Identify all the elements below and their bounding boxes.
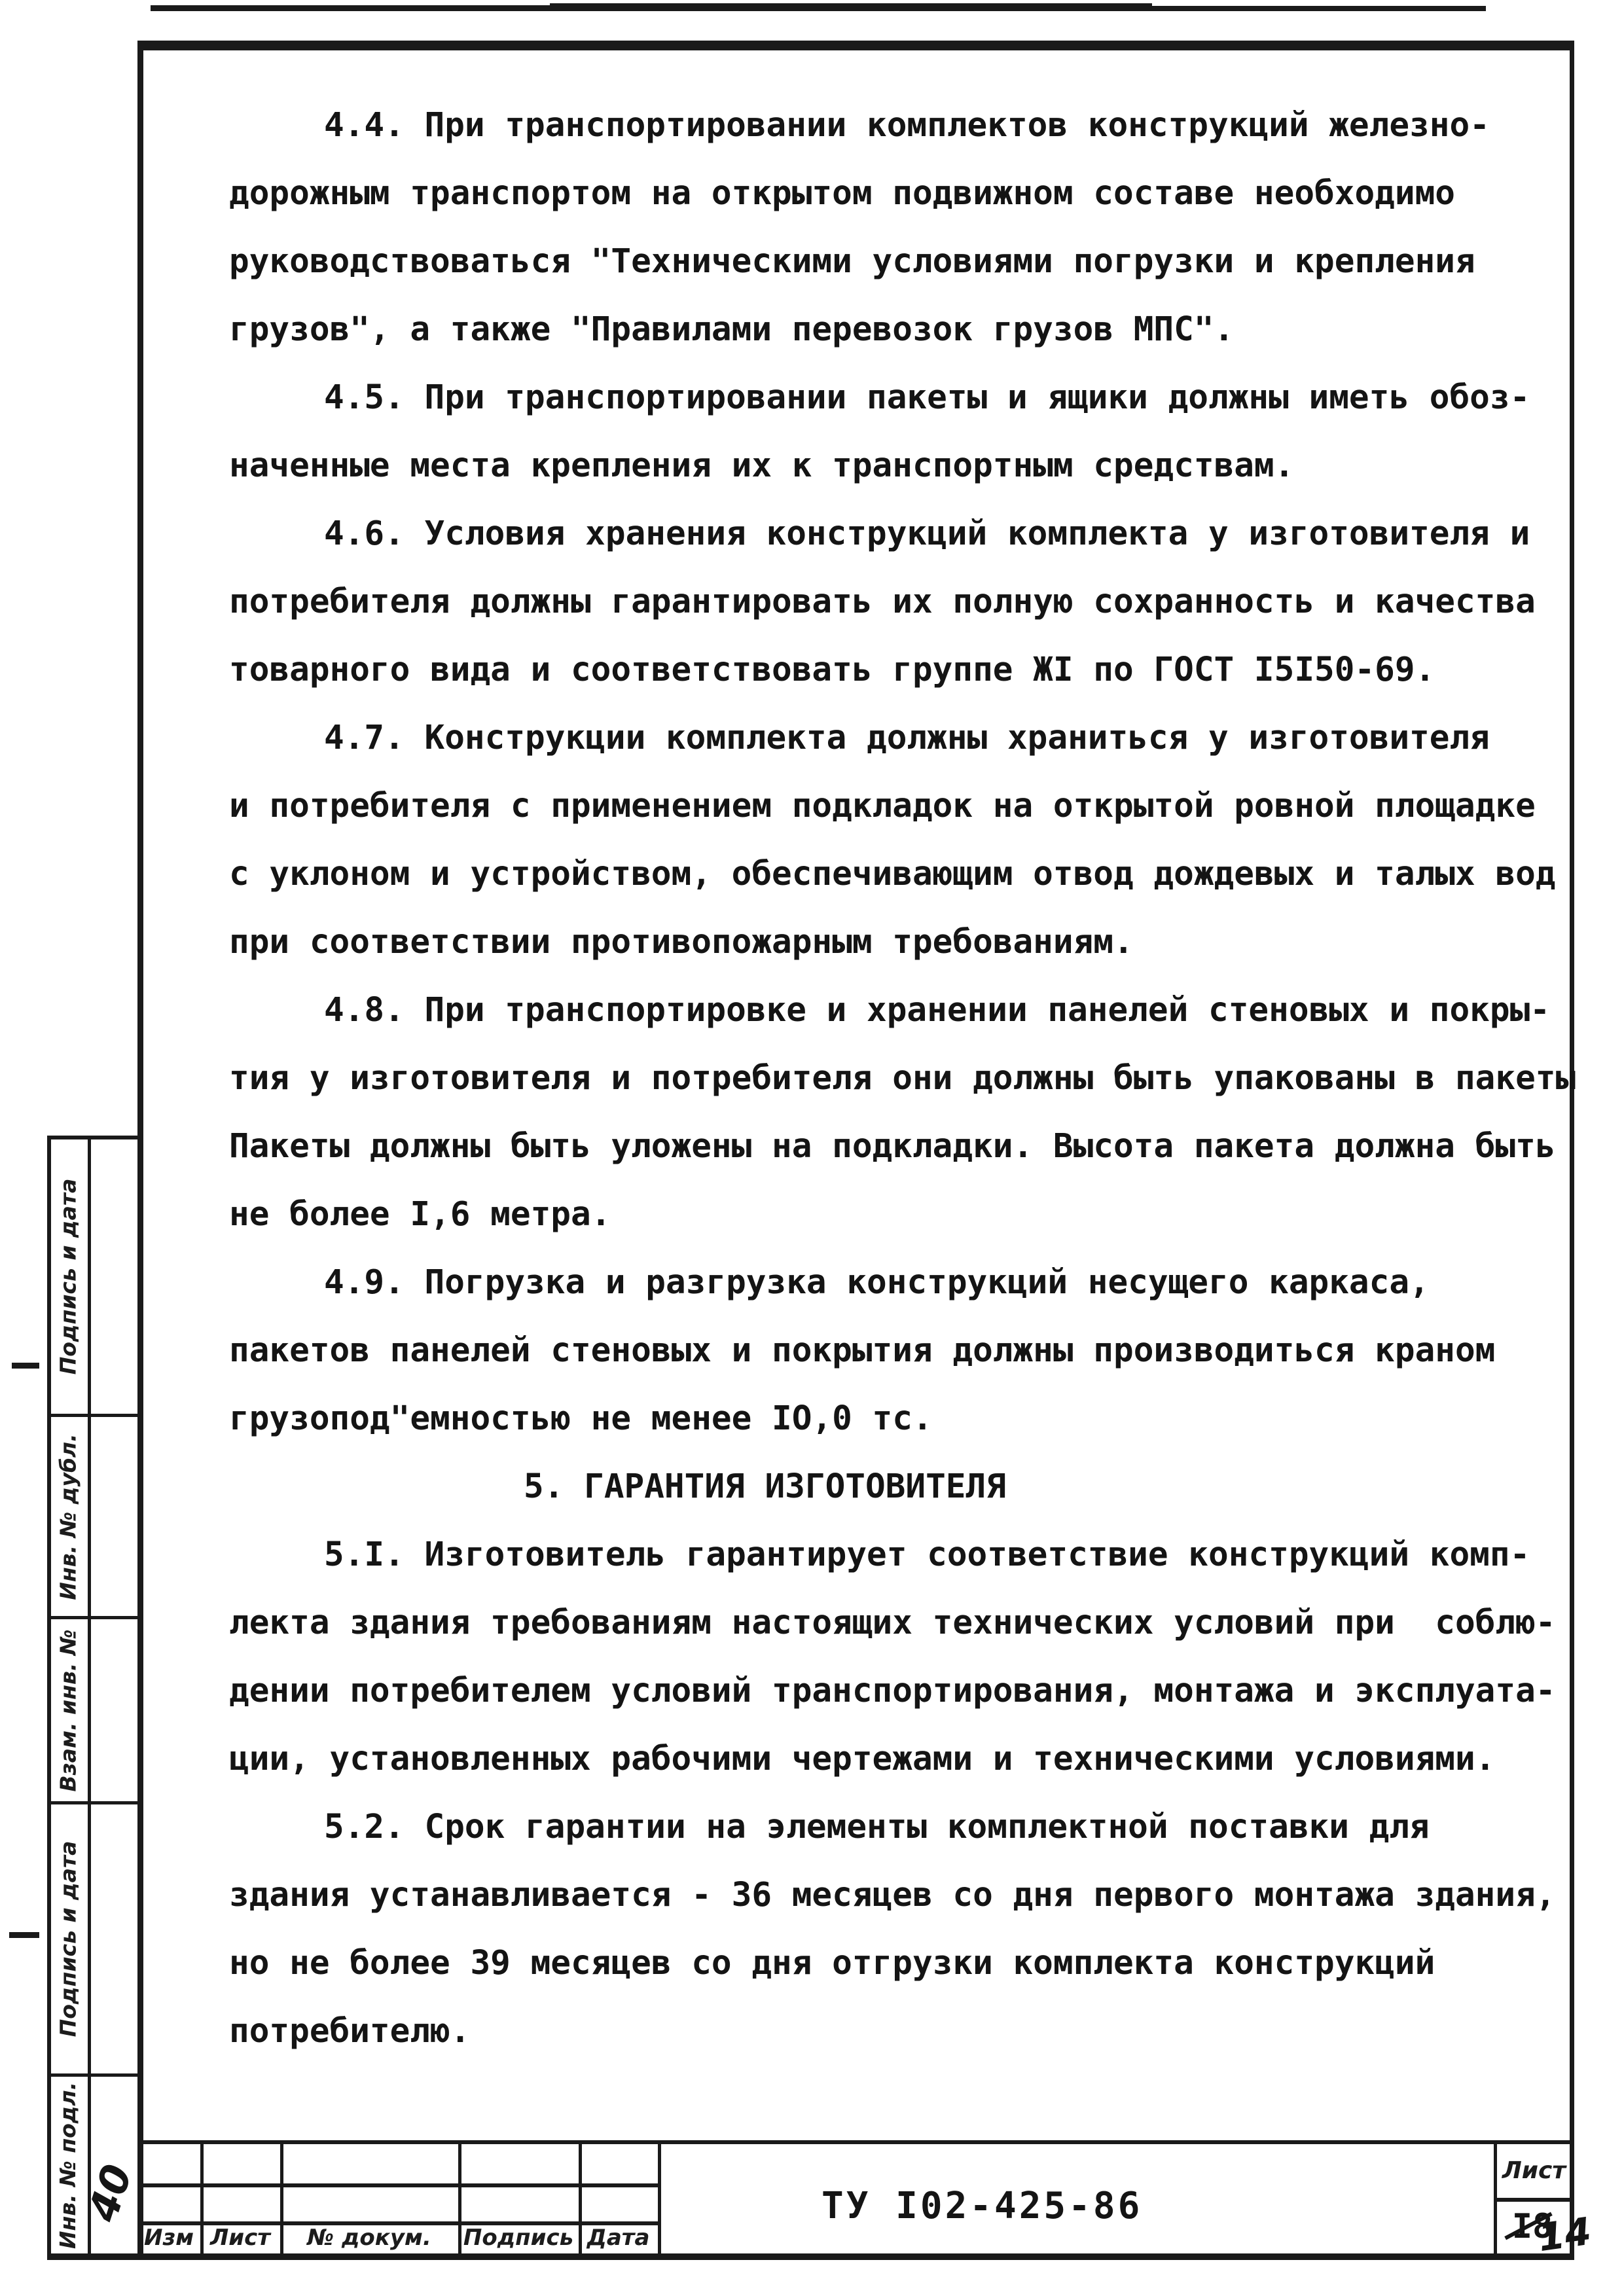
frame-border-top xyxy=(137,41,1574,50)
text-line: но не более 39 месяцев со дня отгрузки к… xyxy=(229,1929,1587,1998)
text-line: при соответствии противопожарным требова… xyxy=(229,908,1587,977)
text-line: руководствоваться "Техническими условиям… xyxy=(229,228,1587,296)
text-line: тия у изготовителя и потребителя они дол… xyxy=(229,1045,1587,1113)
stamp-label: Подпись и дата xyxy=(56,1179,81,1375)
handwritten-inventory-number: 40 xyxy=(84,2139,136,2247)
section-heading: 5. ГАРАНТИЯ ИЗГОТОВИТЕЛЯ xyxy=(229,1453,1587,1521)
stamp-label: Инв. № дубл. xyxy=(56,1433,81,1600)
stamp-cell-sign-date-2: Подпись и дата xyxy=(48,1804,88,2073)
titleblock-col-list: Лист xyxy=(200,2221,280,2253)
titleblock-col-docnum: № докум. xyxy=(280,2221,458,2253)
scan-artifact-tick xyxy=(12,1363,39,1369)
stamp-label: Подпись и дата xyxy=(56,1841,81,2037)
text-line: грузопод"емностью не менее IO,0 тс. xyxy=(229,1385,1587,1453)
text-line: не более I,6 метра. xyxy=(229,1181,1587,1249)
text-line: грузов", а также "Правилами перевозок гр… xyxy=(229,296,1587,364)
text-line: 4.5. При транспортировании пакеты и ящик… xyxy=(229,364,1587,432)
stamp-cell-sign-date-1: Подпись и дата xyxy=(48,1139,88,1414)
titleblock-col-data: Дата xyxy=(579,2221,658,2253)
text-line: дорожным транспортом на открытом подвижн… xyxy=(229,160,1587,228)
text-line: товарного вида и соответствовать группе … xyxy=(229,636,1587,704)
text-line: 4.8. При транспортировке и хранении пане… xyxy=(229,977,1587,1045)
scan-artifact-top xyxy=(151,5,569,11)
text-line: здания устанавливается - 36 месяцев со д… xyxy=(229,1861,1587,1929)
text-line: 4.4. При транспортировании комплектов ко… xyxy=(229,92,1587,160)
text-line: наченные места крепления их к транспортн… xyxy=(229,432,1587,500)
text-line: потребителю. xyxy=(229,1998,1587,2066)
text-line: 5.2. Срок гарантии на элементы комплектн… xyxy=(229,1793,1587,1861)
text-line: потребителя должны гарантировать их полн… xyxy=(229,568,1587,636)
text-line: пакетов панелей стеновых и покрытия долж… xyxy=(229,1317,1587,1385)
titleblock-col-line xyxy=(658,2140,661,2260)
titleblock-top-line xyxy=(137,2140,1574,2144)
sheet-number-handwritten: 14 xyxy=(1536,2209,1594,2261)
stamp-label: Инв. № подл. xyxy=(56,2081,81,2248)
text-line: 5.I. Изготовитель гарантирует соответств… xyxy=(229,1521,1587,1589)
sheet-label: Лист xyxy=(1497,2144,1571,2197)
stamp-cell-inv-orig: Инв. № подл. xyxy=(48,2077,88,2253)
scan-artifact-tick xyxy=(9,1932,39,1938)
text-line: с уклоном и устройством, обеспечивающим … xyxy=(229,840,1587,908)
text-line: 4.7. Конструкции комплекта должны хранит… xyxy=(229,704,1587,772)
text-line: лекта здания требованиям настоящих техни… xyxy=(229,1589,1587,1657)
scan-artifact-top xyxy=(1132,6,1486,11)
frame-border-left xyxy=(137,41,143,2260)
scanned-document-page: 4.4. При транспортировании комплектов ко… xyxy=(0,0,1624,2296)
stamp-column-divider xyxy=(88,1136,91,2260)
document-number: ТУ I02-425-86 xyxy=(821,2185,1142,2227)
stamp-cell-repl-inv: Взам. инв. № xyxy=(48,1619,88,1801)
text-line: 4.6. Условия хранения конструкций компле… xyxy=(229,500,1587,568)
stamp-cell-inv-dupl: Инв. № дубл. xyxy=(48,1417,88,1616)
text-line: и потребителя с применением подкладок на… xyxy=(229,772,1587,840)
titleblock-col-izm: Изм xyxy=(137,2221,200,2253)
document-body: 4.4. При транспортировании комплектов ко… xyxy=(229,92,1587,2066)
text-line: 4.9. Погрузка и разгрузка конструкций не… xyxy=(229,1249,1587,1317)
text-line: Пакеты должны быть уложены на подкладки.… xyxy=(229,1113,1587,1181)
text-line: ции, установленных рабочими чертежами и … xyxy=(229,1725,1587,1793)
scan-artifact-top xyxy=(550,3,1152,11)
stamp-label: Взам. инв. № xyxy=(56,1629,81,1791)
text-line: дении потребителем условий транспортиров… xyxy=(229,1657,1587,1725)
titleblock-col-podpis: Подпись xyxy=(458,2221,579,2253)
frame-border-bottom xyxy=(47,2253,1574,2260)
